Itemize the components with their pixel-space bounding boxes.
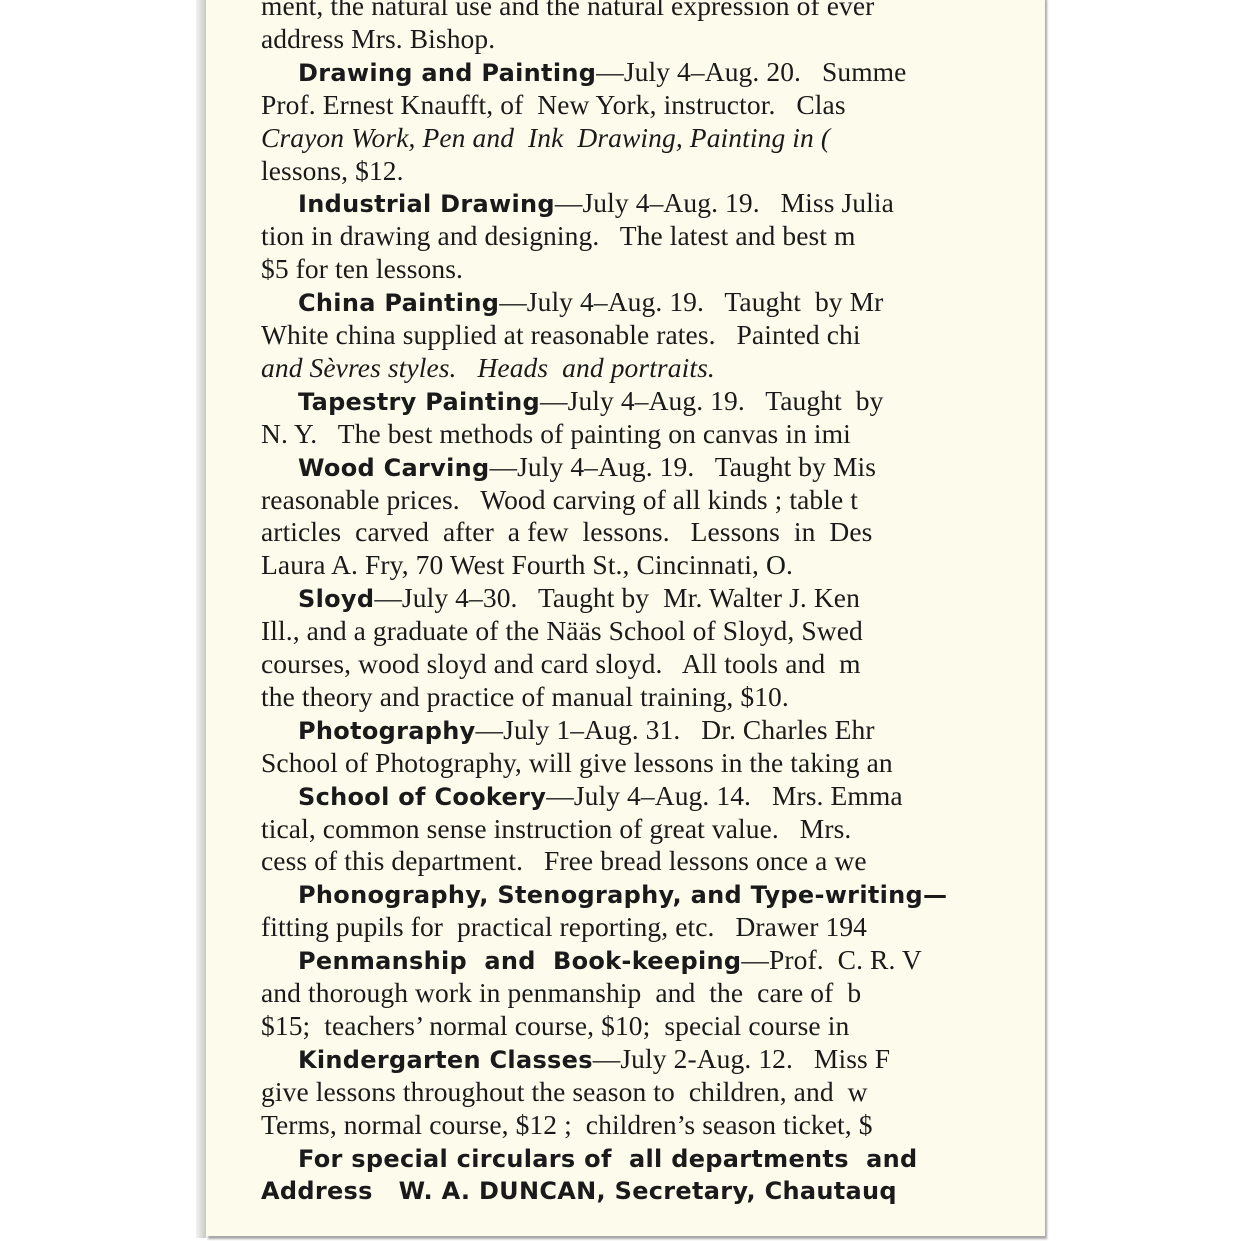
italic-text: and Sèvres styles. Heads and portraits. bbox=[261, 352, 715, 383]
text-line: address Mrs. Bishop. bbox=[261, 22, 495, 55]
text-line: give lessons throughout the season to ch… bbox=[261, 1075, 868, 1108]
text-line: Phonography, Stenography, and Type-writi… bbox=[298, 877, 947, 910]
body-text: —July 1–Aug. 31. Dr. Charles Ehr bbox=[476, 714, 875, 745]
text-line: articles carved after a few lessons. Les… bbox=[261, 515, 872, 548]
body-text: N. Y. The best methods of painting on ca… bbox=[261, 418, 851, 449]
body-text: School of Photography, will give lessons… bbox=[261, 747, 893, 778]
section-heading: Address W. A. DUNCAN, Secretary, Chautau… bbox=[261, 1177, 897, 1205]
body-text: —Prof. C. R. V bbox=[741, 944, 922, 975]
body-text: —July 2-Aug. 12. Miss F bbox=[593, 1043, 890, 1074]
text-line: Crayon Work, Pen and Ink Drawing, Painti… bbox=[261, 121, 830, 154]
body-text: and thorough work in penmanship and the … bbox=[261, 977, 861, 1008]
body-text: $5 for ten lessons. bbox=[261, 253, 463, 284]
text-line: reasonable prices. Wood carving of all k… bbox=[261, 483, 858, 516]
text-line: Wood Carving—July 4–Aug. 19. Taught by M… bbox=[298, 450, 876, 483]
section-heading: China Painting bbox=[298, 289, 499, 317]
text-line: lessons, $12. bbox=[261, 154, 404, 187]
body-text: reasonable prices. Wood carving of all k… bbox=[261, 484, 858, 515]
text-line: courses, wood sloyd and card sloyd. All … bbox=[261, 647, 861, 680]
body-text: address Mrs. Bishop. bbox=[261, 23, 495, 54]
body-text: tion in drawing and designing. The lates… bbox=[261, 220, 856, 251]
text-line: cess of this department. Free bread less… bbox=[261, 844, 867, 877]
text-line: Laura A. Fry, 70 West Fourth St., Cincin… bbox=[261, 548, 793, 581]
body-text: —July 4–Aug. 19. Miss Julia bbox=[555, 187, 894, 218]
text-line: White china supplied at reasonable rates… bbox=[261, 318, 861, 351]
body-text: the theory and practice of manual traini… bbox=[261, 681, 789, 712]
section-heading: School of Cookery bbox=[298, 783, 546, 811]
section-heading: For special circulars of all departments… bbox=[298, 1145, 935, 1173]
body-text: cess of this department. Free bread less… bbox=[261, 845, 867, 876]
italic-text: Crayon Work, Pen and Ink Drawing, Painti… bbox=[261, 122, 830, 153]
body-text: $15; teachers’ normal course, $10; speci… bbox=[261, 1010, 856, 1041]
text-line: Sloyd—July 4–30. Taught by Mr. Walter J.… bbox=[298, 581, 860, 614]
text-line: Prof. Ernest Knaufft, of New York, instr… bbox=[261, 88, 846, 121]
body-text: lessons, $12. bbox=[261, 155, 404, 186]
body-text: Ill., and a graduate of the Nääs School … bbox=[261, 615, 863, 646]
text-line: China Painting—July 4–Aug. 19. Taught by… bbox=[298, 285, 883, 318]
text-line: fitting pupils for practical reporting, … bbox=[261, 910, 867, 943]
text-line: $15; teachers’ normal course, $10; speci… bbox=[261, 1009, 856, 1042]
section-heading: Industrial Drawing bbox=[298, 190, 555, 218]
body-text: —July 4–Aug. 19. Taught by Mis bbox=[490, 451, 877, 482]
text-line: tical, common sense instruction of great… bbox=[261, 812, 858, 845]
body-text: ment, the natural use and the natural ex… bbox=[261, 0, 874, 21]
text-line: Tapestry Painting—July 4–Aug. 19. Taught… bbox=[298, 384, 884, 417]
text-line: Photography—July 1–Aug. 31. Dr. Charles … bbox=[298, 713, 875, 746]
page-shadow bbox=[196, 0, 206, 1238]
body-text: —July 4–30. Taught by Mr. Walter J. Ken bbox=[374, 582, 860, 613]
section-heading: Tapestry Painting bbox=[298, 388, 540, 416]
body-text: —July 4–Aug. 19. Taught by Mr bbox=[499, 286, 883, 317]
section-heading: Kindergarten Classes bbox=[298, 1046, 593, 1074]
body-text: courses, wood sloyd and card sloyd. All … bbox=[261, 648, 861, 679]
text-line: Terms, normal course, $12 ; children’s s… bbox=[261, 1108, 873, 1141]
text-line: Drawing and Painting—July 4–Aug. 20. Sum… bbox=[298, 55, 906, 88]
body-text: Terms, normal course, $12 ; children’s s… bbox=[261, 1109, 873, 1140]
section-heading: Photography bbox=[298, 717, 476, 745]
text-line: the theory and practice of manual traini… bbox=[261, 680, 789, 713]
text-line: and thorough work in penmanship and the … bbox=[261, 976, 861, 1009]
section-heading: Penmanship and Book-keeping bbox=[298, 947, 741, 975]
body-text: Prof. Ernest Knaufft, of New York, instr… bbox=[261, 89, 846, 120]
text-line: School of Cookery—July 4–Aug. 14. Mrs. E… bbox=[298, 779, 903, 812]
body-text: —July 4–Aug. 19. Taught by bbox=[540, 385, 883, 416]
text-line: Industrial Drawing—July 4–Aug. 19. Miss … bbox=[298, 186, 894, 219]
text-line: Ill., and a graduate of the Nääs School … bbox=[261, 614, 863, 647]
section-heading: Phonography, Stenography, and Type-writi… bbox=[298, 881, 947, 909]
text-line: For special circulars of all departments… bbox=[298, 1141, 935, 1174]
body-text: White china supplied at reasonable rates… bbox=[261, 319, 861, 350]
text-line: School of Photography, will give lessons… bbox=[261, 746, 893, 779]
body-text: Laura A. Fry, 70 West Fourth St., Cincin… bbox=[261, 549, 793, 580]
text-line: Kindergarten Classes—July 2-Aug. 12. Mis… bbox=[298, 1042, 890, 1075]
text-line: N. Y. The best methods of painting on ca… bbox=[261, 417, 851, 450]
scanned-page: ment, the natural use and the natural ex… bbox=[206, 0, 1045, 1236]
body-text: give lessons throughout the season to ch… bbox=[261, 1076, 868, 1107]
text-line: Penmanship and Book-keeping—Prof. C. R. … bbox=[298, 943, 922, 976]
section-heading: Wood Carving bbox=[298, 454, 490, 482]
body-text: —July 4–Aug. 14. Mrs. Emma bbox=[546, 780, 902, 811]
section-heading: Sloyd bbox=[298, 585, 374, 613]
text-line: and Sèvres styles. Heads and portraits. bbox=[261, 351, 715, 384]
body-text: articles carved after a few lessons. Les… bbox=[261, 516, 872, 547]
body-text: —July 4–Aug. 20. Summe bbox=[596, 56, 906, 87]
text-line: $5 for ten lessons. bbox=[261, 252, 463, 285]
body-text: fitting pupils for practical reporting, … bbox=[261, 911, 867, 942]
section-heading: Drawing and Painting bbox=[298, 59, 596, 87]
body-text: tical, common sense instruction of great… bbox=[261, 813, 858, 844]
text-line: tion in drawing and designing. The lates… bbox=[261, 219, 856, 252]
text-line: Address W. A. DUNCAN, Secretary, Chautau… bbox=[261, 1173, 897, 1206]
text-line: ment, the natural use and the natural ex… bbox=[261, 0, 874, 22]
